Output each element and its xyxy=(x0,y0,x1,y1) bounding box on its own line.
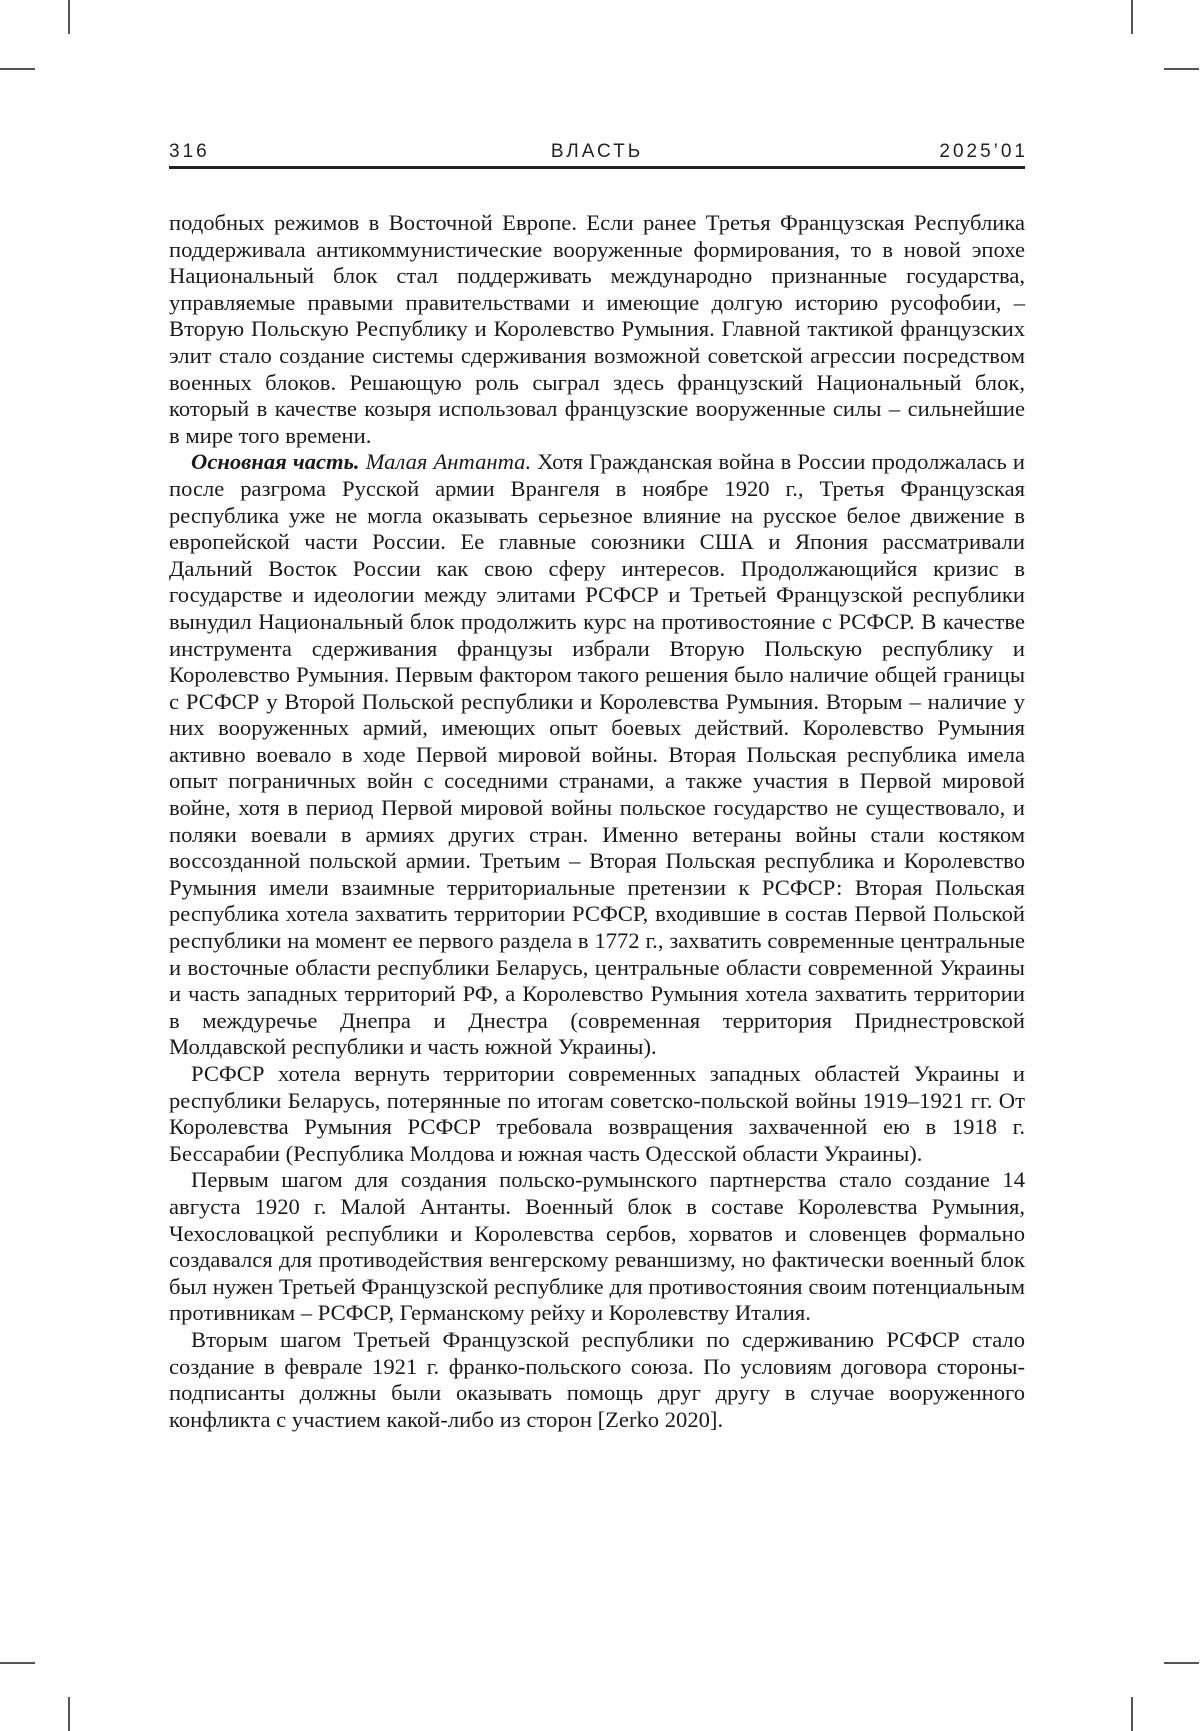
subsection-heading: Малая Антанта. xyxy=(366,449,531,474)
paragraph-text: Хотя Гражданская война в России продолжа… xyxy=(169,449,1025,1059)
journal-title: ВЛАСТЬ xyxy=(169,141,1025,163)
paragraph: Первым шагом для создания польско-румынс… xyxy=(169,1167,1025,1327)
crop-mark xyxy=(1164,1662,1199,1664)
issue-number: 2025’01 xyxy=(939,141,1028,163)
running-header: 316 ВЛАСТЬ 2025’01 xyxy=(169,139,1025,167)
crop-mark xyxy=(1131,1697,1133,1731)
header-rule xyxy=(169,166,1025,169)
crop-mark xyxy=(0,1662,35,1664)
article-body: подобных режимов в Восточной Европе. Есл… xyxy=(169,210,1025,1433)
section-heading: Основная часть. xyxy=(191,449,360,474)
crop-mark xyxy=(1131,0,1133,34)
crop-mark xyxy=(1164,68,1199,70)
paragraph: Вторым шагом Третьей Французской республ… xyxy=(169,1327,1025,1433)
crop-mark xyxy=(0,68,35,70)
paragraph: подобных режимов в Восточной Европе. Есл… xyxy=(169,210,1025,449)
crop-mark xyxy=(68,1697,70,1731)
paragraph: РСФСР хотела вернуть территории современ… xyxy=(169,1061,1025,1167)
crop-mark xyxy=(68,0,70,34)
paragraph: Основная часть. Малая Антанта. Хотя Граж… xyxy=(169,449,1025,1061)
